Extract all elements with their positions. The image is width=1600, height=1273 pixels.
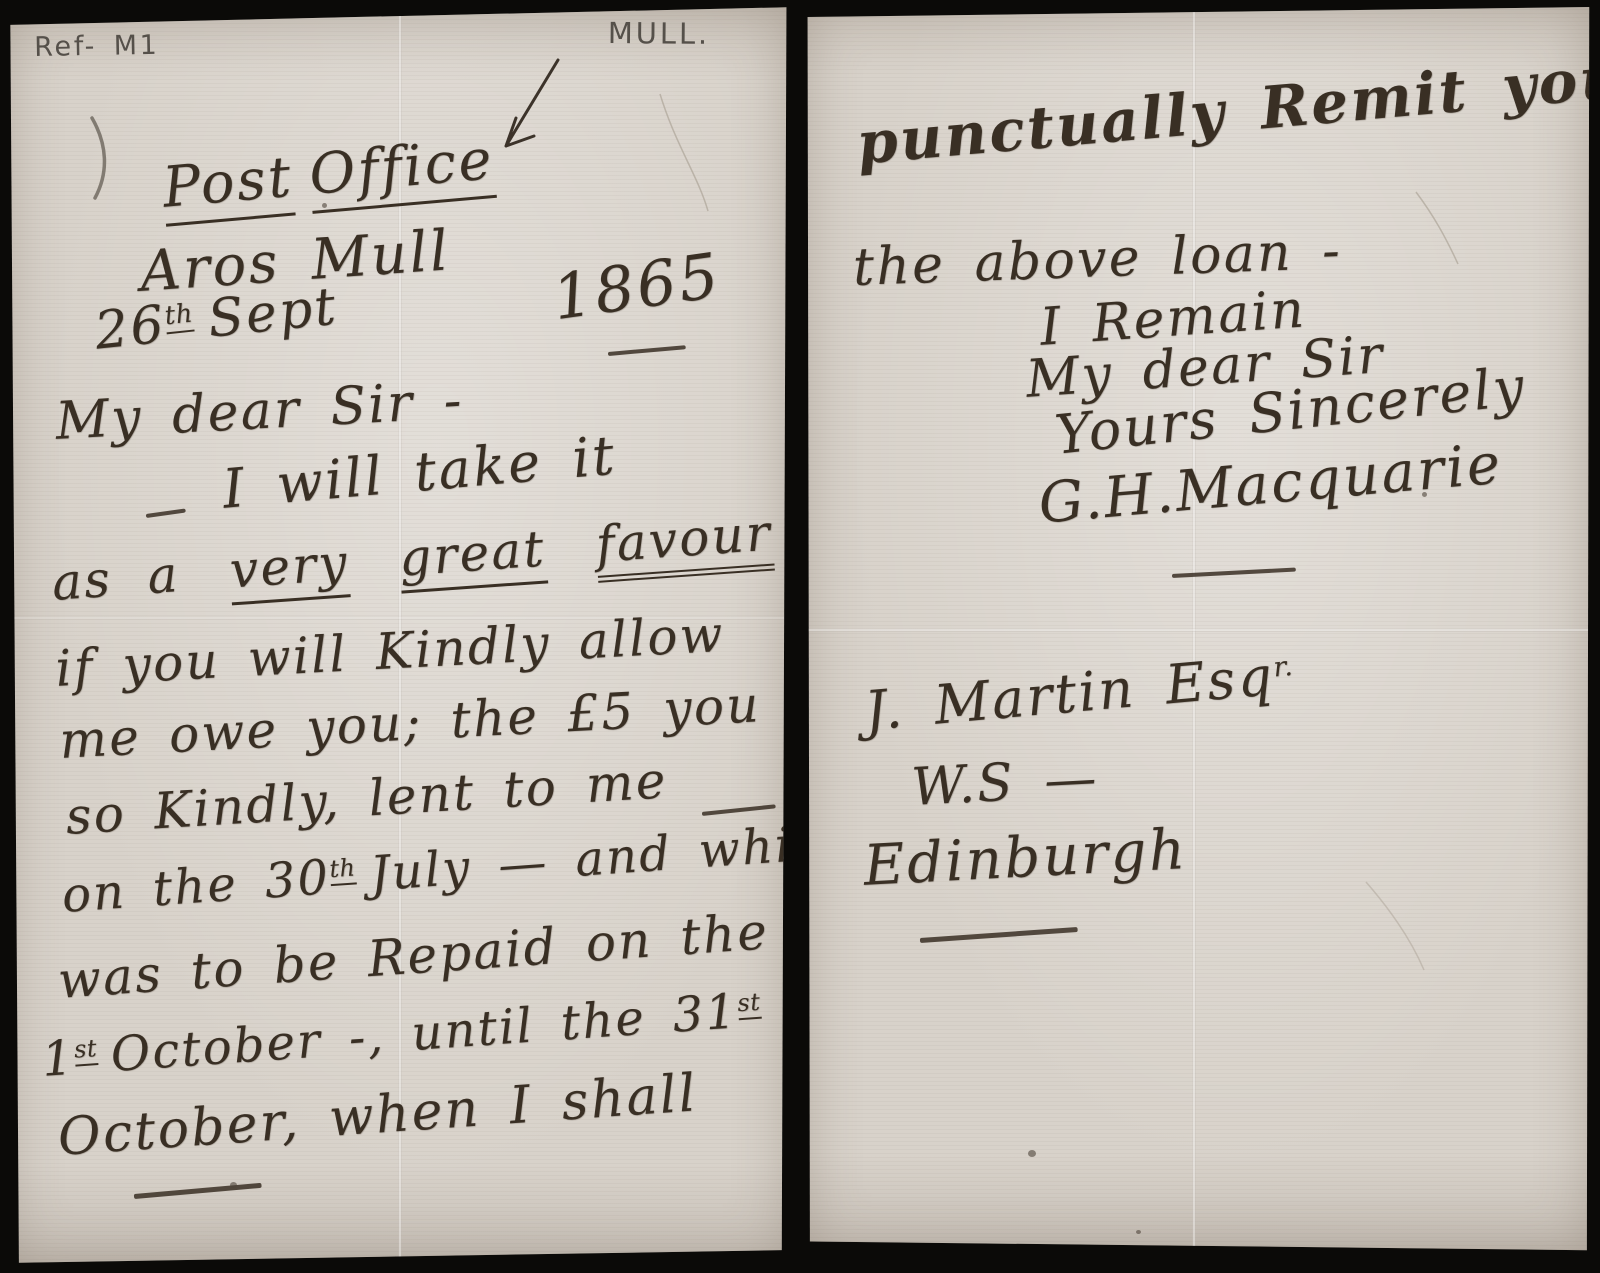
letter-page-2: punctually Remit you the above loan - I … — [806, 2, 1590, 1254]
paper-speck — [1028, 1150, 1036, 1157]
pencil-reference-note: Ref- M1 — [34, 30, 160, 63]
address-suffix: r. — [1272, 651, 1294, 684]
letter-line-post-office: PostOffice — [160, 127, 497, 221]
body-text: July — and which — [368, 813, 856, 903]
ordinal-suffix: st — [73, 1035, 98, 1068]
scanned-letter-photo: Ref- M1 MULL. PostOffice Aros Mull 26thS… — [0, 0, 1600, 1273]
word-post: Post — [160, 145, 296, 227]
hand-drawn-arrow — [506, 60, 558, 146]
paper-speck — [1136, 1230, 1141, 1234]
letter-page-1: Ref- M1 MULL. PostOffice Aros Mull 26thS… — [8, 6, 788, 1264]
ink-underline-flourish — [134, 1183, 262, 1199]
date-month: Sept — [205, 277, 341, 350]
paper-scratch — [1366, 882, 1424, 970]
pencil-mull-text: MULL. — [608, 16, 711, 51]
letter-line-salutation: My dear Sir - — [54, 371, 465, 452]
ink-trailing-dash — [702, 804, 776, 816]
address-text: W.S — — [910, 748, 1100, 818]
letter-line-remit: punctually Remit you — [854, 43, 1600, 178]
ink-dash-under-year — [608, 345, 686, 356]
date-day-suffix: th — [163, 299, 195, 335]
letter-line-body-2: as a very great favour — [50, 504, 774, 612]
paper-scratch — [660, 94, 708, 211]
paper-scratch — [1416, 192, 1458, 264]
address-text: Edinburgh — [862, 817, 1189, 899]
pencil-paren-stroke — [92, 118, 104, 198]
body-text: as a — [50, 545, 181, 612]
pencil-mull-note: MULL. — [608, 16, 711, 51]
letter-address-city: Edinburgh — [862, 817, 1189, 899]
horizontal-fold-crease — [806, 628, 1590, 632]
ordinal-suffix: st — [736, 988, 761, 1021]
paper-speck — [1422, 492, 1427, 497]
date-year: 1865 — [548, 238, 725, 334]
paper-marks-overlay — [806, 2, 1590, 1254]
date-day: 26 — [92, 295, 169, 362]
paper-speck — [230, 1182, 237, 1188]
ink-paragraph-dash — [146, 508, 186, 518]
body-text: on the 30 — [60, 849, 332, 924]
word-favour: favour — [594, 504, 775, 583]
letter-address-name: J. Martin Esqr. — [862, 642, 1296, 742]
ordinal-suffix: th — [328, 854, 356, 887]
word-great: great — [397, 519, 548, 593]
paper-speck — [322, 203, 327, 208]
address-text: J. Martin Esq — [862, 644, 1277, 743]
vertical-fold-crease — [1192, 2, 1196, 1254]
pencil-ref-text: Ref- M1 — [34, 30, 160, 63]
word-very: very — [228, 533, 351, 605]
body-text: 1 — [40, 1030, 77, 1088]
ink-dash-under-signature — [1172, 568, 1296, 578]
body-text: punctually Remit you — [854, 43, 1600, 178]
letter-address-ws: W.S — — [910, 748, 1100, 818]
ink-underline-flourish — [920, 927, 1078, 943]
word-office: Office — [307, 127, 497, 214]
letter-line-year: 1865 — [548, 238, 725, 334]
letter-line-date: 26thSept — [92, 277, 341, 362]
salutation-text: My dear Sir - — [54, 371, 465, 452]
